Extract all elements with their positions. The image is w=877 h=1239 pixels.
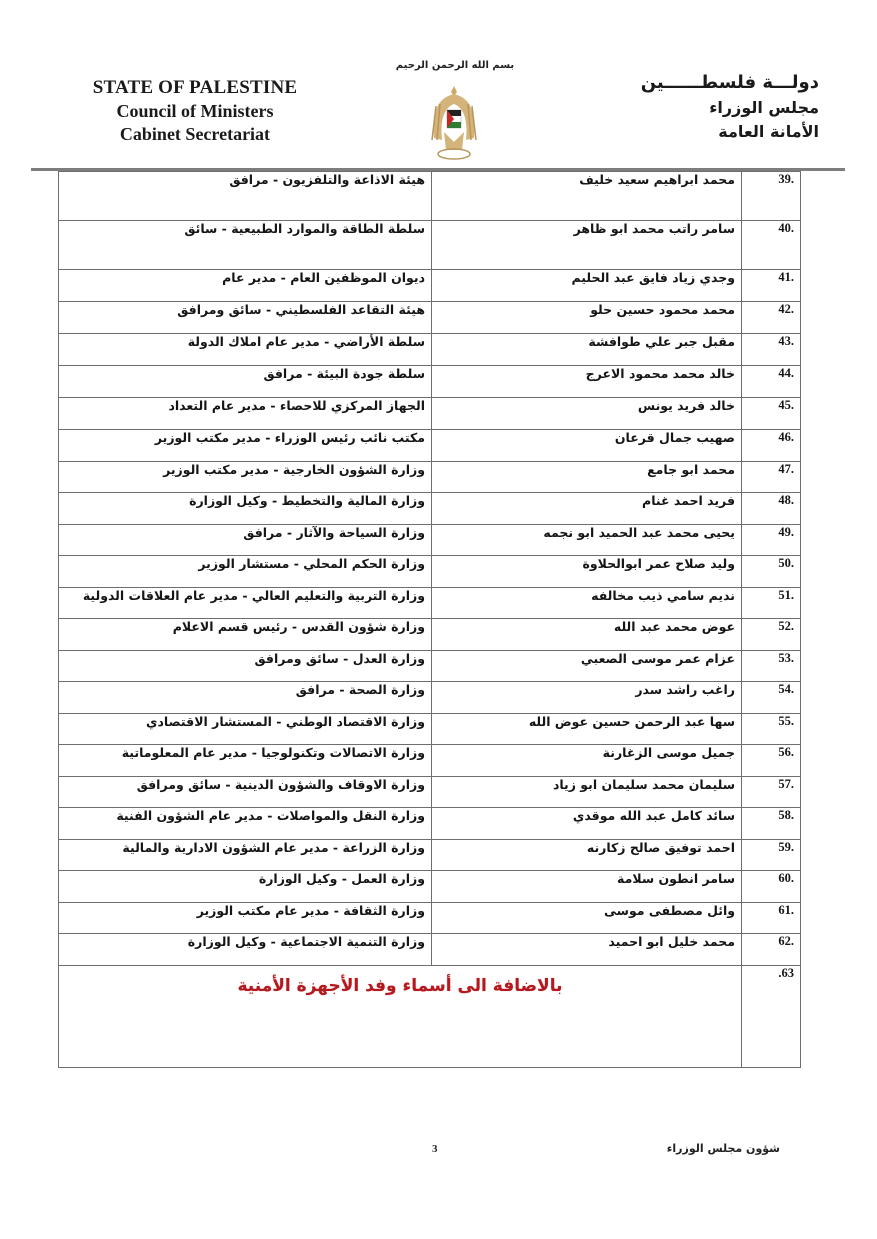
organization-role: وزارة الشؤون الخارجية - مدير مكتب الوزير (59, 461, 432, 493)
row-number: 54. (742, 682, 801, 714)
person-name: سامر انطون سلامة (432, 871, 742, 903)
page-number: 3 (432, 1143, 438, 1155)
row-number: 40. (742, 221, 801, 270)
table-row: 42.محمد محمود حسين حلوهيئة التقاعد الفلس… (59, 302, 801, 334)
organization-role: وزارة العمل - وكيل الوزارة (59, 871, 432, 903)
secretariat-name-en: Cabinet Secretariat (70, 123, 320, 146)
organization-role: وزارة التنمية الاجتماعية - وكيل الوزارة (59, 934, 432, 966)
table-row: 53.عزام عمر موسى الصعبيوزارة العدل - سائ… (59, 650, 801, 682)
table-row: 45.خالد فريد يونسالجهاز المركزي للاحصاء … (59, 398, 801, 430)
row-number: 42. (742, 302, 801, 334)
organization-role: وزارة النقل والمواصلات - مدير عام الشؤون… (59, 808, 432, 840)
person-name: مقبل جبر علي طوافشة (432, 334, 742, 366)
person-name: وائل مصطفى موسى (432, 902, 742, 934)
footer-office-label: شؤون مجلس الوزراء (660, 1142, 780, 1155)
state-name-ar: دولـــة فلسطــــــين (619, 70, 819, 96)
table-row: 54.راغب راشد سدروزارة الصحة - مرافق (59, 682, 801, 714)
basmala: بسم الله الرحمن الرحيم (380, 60, 530, 71)
table-row: 43.مقبل جبر علي طوافشةسلطة الأراضي - مدي… (59, 334, 801, 366)
table-row: 57.سليمان محمد سليمان ابو زيادوزارة الاو… (59, 776, 801, 808)
row-number: 50. (742, 556, 801, 588)
table-row: 46.صهيب جمال قرعانمكتب نائب رئيس الوزراء… (59, 430, 801, 462)
person-name: سائد كامل عبد الله موقدي (432, 808, 742, 840)
table-row: 41.وجدي زياد فايق عبد الحليمديوان الموظف… (59, 270, 801, 302)
organization-role: وزارة المالية والتخطيط - وكيل الوزارة (59, 493, 432, 525)
row-number: 51. (742, 587, 801, 619)
person-name: عزام عمر موسى الصعبي (432, 650, 742, 682)
row-number: .63 (742, 965, 801, 1067)
table-row: 55.سها عبد الرحمن حسين عوض اللهوزارة الا… (59, 713, 801, 745)
person-name: احمد توفيق صالح زكارنه (432, 839, 742, 871)
row-number: 48. (742, 493, 801, 525)
person-name: نديم سامي ذيب مخالفه (432, 587, 742, 619)
council-name-en: Council of Ministers (70, 100, 320, 123)
row-number: 56. (742, 745, 801, 777)
row-number: 59. (742, 839, 801, 871)
organization-role: سلطة جودة البيئة - مرافق (59, 366, 432, 398)
organization-role: وزارة شؤون القدس - رئيس قسم الاعلام (59, 619, 432, 651)
table-row: 59.احمد توفيق صالح زكارنهوزارة الزراعة -… (59, 839, 801, 871)
table-row: 50.وليد صلاح عمر ابوالحلاوةوزارة الحكم ا… (59, 556, 801, 588)
organization-role: وزارة الاقتصاد الوطني - المستشار الاقتصا… (59, 713, 432, 745)
table-row: 44.خالد محمد محمود الاعرجسلطة جودة البيئ… (59, 366, 801, 398)
organization-role: وزارة الثقافة - مدير عام مكتب الوزير (59, 902, 432, 934)
row-number: 46. (742, 430, 801, 462)
table-row: 60.سامر انطون سلامةوزارة العمل - وكيل ال… (59, 871, 801, 903)
table-row: 56.جميل موسى الزغارنةوزارة الاتصالات وتك… (59, 745, 801, 777)
security-delegation-note: بالاضافة الى أسماء وفد الأجهزة الأمنية (238, 976, 563, 996)
english-letterhead: STATE OF PALESTINE Council of Ministers … (70, 76, 320, 146)
organization-role: وزارة التربية والتعليم العالي - مدير عام… (59, 587, 432, 619)
row-number: 44. (742, 366, 801, 398)
organization-role: وزارة الحكم المحلي - مستشار الوزير (59, 556, 432, 588)
table-row-final: .63 بالاضافة الى أسماء وفد الأجهزة الأمن… (59, 965, 801, 1067)
row-number: 47. (742, 461, 801, 493)
table-row: 48.فريد احمد غناموزارة المالية والتخطيط … (59, 493, 801, 525)
arabic-letterhead: دولـــة فلسطــــــين مجلس الوزراء الأمان… (619, 70, 819, 144)
table-row: 39.محمد ابراهيم سعيد خليفهيئة الاذاعة وا… (59, 172, 801, 221)
organization-role: الجهاز المركزي للاحصاء - مدير عام التعدا… (59, 398, 432, 430)
table-row: 40.سامر راتب محمد ابو ظاهرسلطة الطاقة وا… (59, 221, 801, 270)
row-number: 45. (742, 398, 801, 430)
delegation-table: 39.محمد ابراهيم سعيد خليفهيئة الاذاعة وا… (58, 171, 801, 1068)
organization-role: سلطة الطاقة والموارد الطبيعية - سائق (59, 221, 432, 270)
row-number: 62. (742, 934, 801, 966)
table-row: 47.محمد ابو جامعوزارة الشؤون الخارجية - … (59, 461, 801, 493)
row-number: 58. (742, 808, 801, 840)
person-name: سها عبد الرحمن حسين عوض الله (432, 713, 742, 745)
organization-role: وزارة الاوقاف والشؤون الدينية - سائق ومر… (59, 776, 432, 808)
row-number: 53. (742, 650, 801, 682)
person-name: خالد فريد يونس (432, 398, 742, 430)
row-number: 57. (742, 776, 801, 808)
person-name: وليد صلاح عمر ابوالحلاوة (432, 556, 742, 588)
table-row: 61.وائل مصطفى موسىوزارة الثقافة - مدير ع… (59, 902, 801, 934)
organization-role: سلطة الأراضي - مدير عام املاك الدولة (59, 334, 432, 366)
person-name: سليمان محمد سليمان ابو زياد (432, 776, 742, 808)
row-number: 39. (742, 172, 801, 221)
person-name: سامر راتب محمد ابو ظاهر (432, 221, 742, 270)
state-name-en: STATE OF PALESTINE (70, 76, 320, 100)
row-number: 61. (742, 902, 801, 934)
person-name: جميل موسى الزغارنة (432, 745, 742, 777)
organization-role: هيئة التقاعد الفلسطيني - سائق ومرافق (59, 302, 432, 334)
person-name: خالد محمد محمود الاعرج (432, 366, 742, 398)
organization-role: مكتب نائب رئيس الوزراء - مدير مكتب الوزي… (59, 430, 432, 462)
person-name: راغب راشد سدر (432, 682, 742, 714)
person-name: صهيب جمال قرعان (432, 430, 742, 462)
table-row: 52.عوض محمد عبد اللهوزارة شؤون القدس - ر… (59, 619, 801, 651)
person-name: يحيى محمد عبد الحميد ابو نجمه (432, 524, 742, 556)
palestine-eagle-emblem-icon (428, 80, 480, 162)
person-name: وجدي زياد فايق عبد الحليم (432, 270, 742, 302)
table-row: 49.يحيى محمد عبد الحميد ابو نجمهوزارة ال… (59, 524, 801, 556)
row-number: 49. (742, 524, 801, 556)
secretariat-name-ar: الأمانة العامة (619, 120, 819, 144)
council-name-ar: مجلس الوزراء (619, 96, 819, 120)
row-number: 41. (742, 270, 801, 302)
person-name: محمد خليل ابو احميد (432, 934, 742, 966)
organization-role: وزارة العدل - سائق ومرافق (59, 650, 432, 682)
person-name: محمد محمود حسين حلو (432, 302, 742, 334)
organization-role: هيئة الاذاعة والتلفزيون - مرافق (59, 172, 432, 221)
table-row: 58.سائد كامل عبد الله موقديوزارة النقل و… (59, 808, 801, 840)
person-name: محمد ابو جامع (432, 461, 742, 493)
row-number: 55. (742, 713, 801, 745)
organization-role: وزارة الزراعة - مدير عام الشؤون الادارية… (59, 839, 432, 871)
row-number: 60. (742, 871, 801, 903)
organization-role: وزارة الصحة - مرافق (59, 682, 432, 714)
table-row: 62.محمد خليل ابو احميدوزارة التنمية الاج… (59, 934, 801, 966)
organization-role: وزارة السياحة والآثار - مرافق (59, 524, 432, 556)
organization-role: وزارة الاتصالات وتكنولوجيا - مدير عام ال… (59, 745, 432, 777)
person-name: محمد ابراهيم سعيد خليف (432, 172, 742, 221)
person-name: عوض محمد عبد الله (432, 619, 742, 651)
table-row: 51.نديم سامي ذيب مخالفهوزارة التربية وال… (59, 587, 801, 619)
security-delegation-note-cell: بالاضافة الى أسماء وفد الأجهزة الأمنية (59, 965, 742, 1067)
organization-role: ديوان الموظفين العام - مدير عام (59, 270, 432, 302)
row-number: 43. (742, 334, 801, 366)
person-name: فريد احمد غنام (432, 493, 742, 525)
row-number: 52. (742, 619, 801, 651)
